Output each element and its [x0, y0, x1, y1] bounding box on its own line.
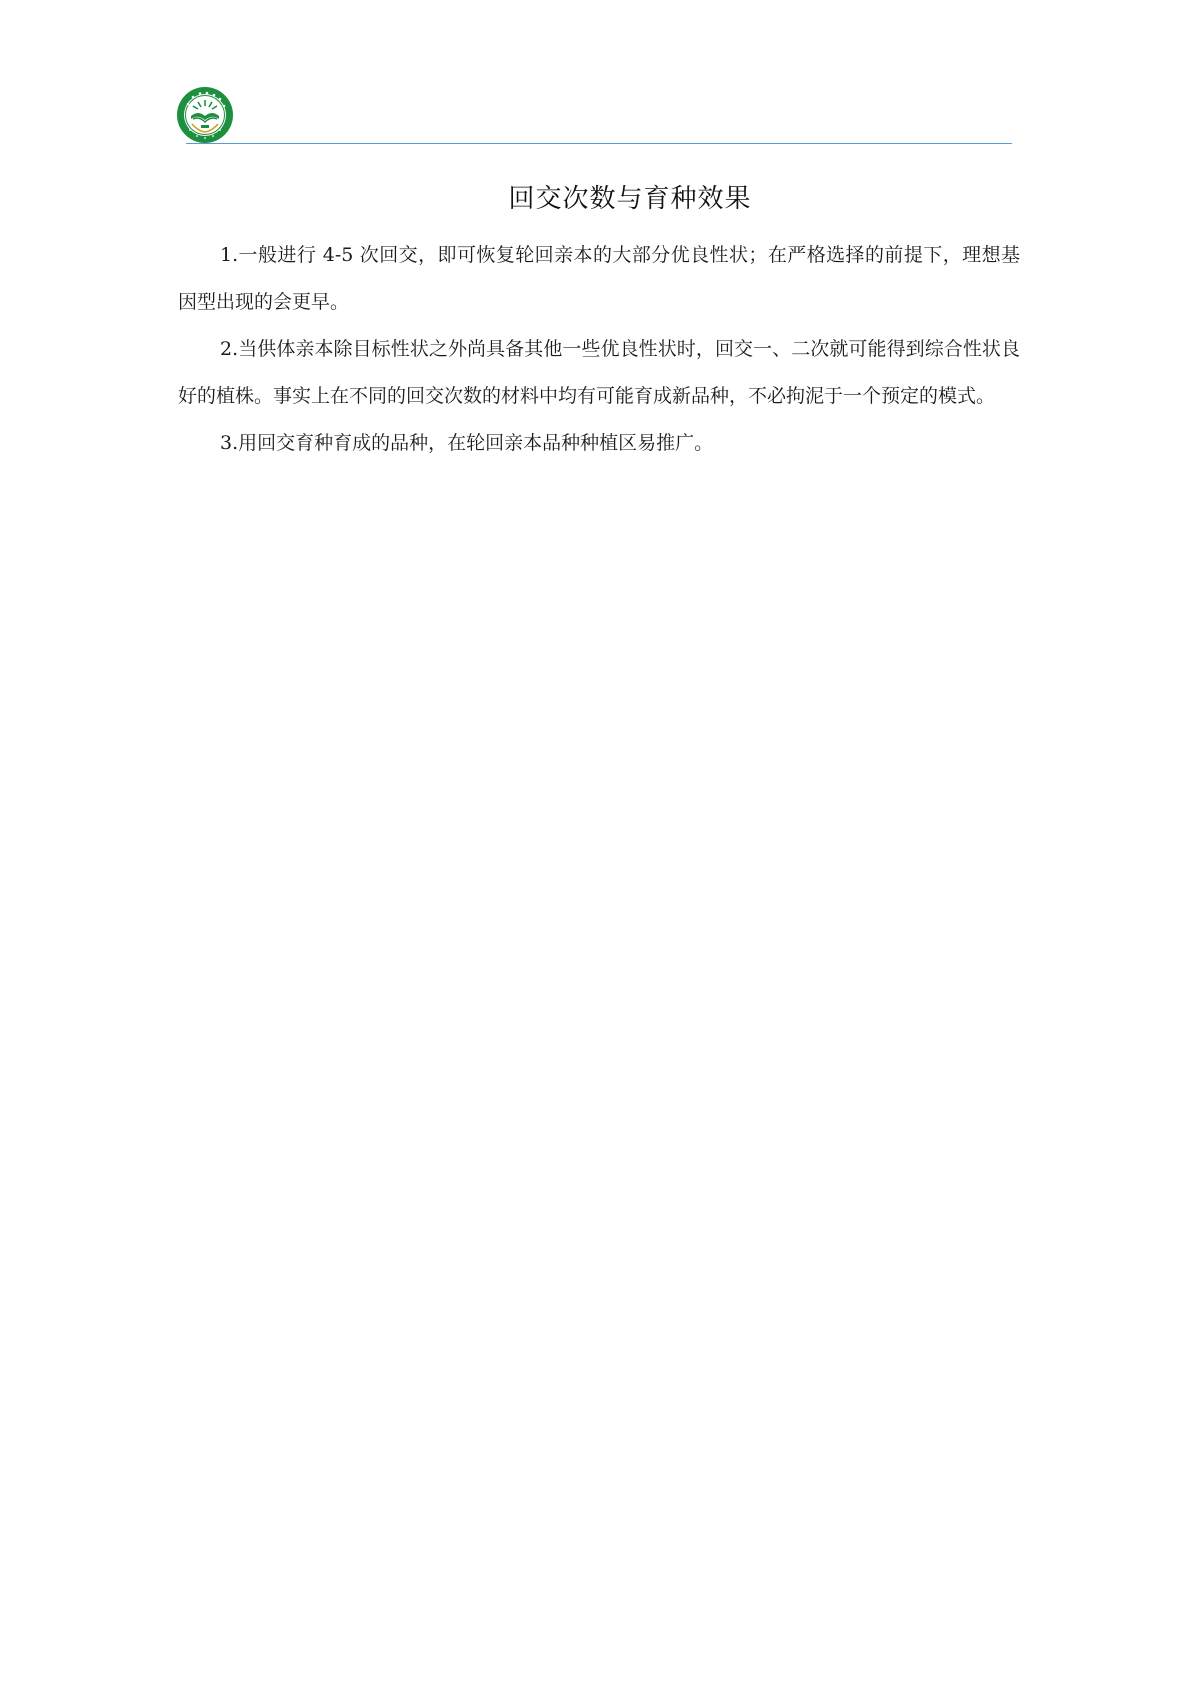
- document-body: 1.一般进行 4-5 次回交，即可恢复轮回亲本的大部分优良性状；在严格选择的前提…: [178, 232, 1020, 467]
- page-header: [0, 0, 1190, 150]
- paragraph-3: 3.用回交育种育成的品种，在轮回亲本品种种植区易推广。: [178, 420, 1020, 467]
- paragraph-2: 2.当供体亲本除目标性状之外尚具备其他一些优良性状时，回交一、二次就可能得到综合…: [178, 326, 1020, 420]
- header-divider: [186, 143, 1012, 144]
- document-title: 回交次数与育种效果: [0, 178, 1190, 215]
- school-emblem-icon: [176, 86, 234, 144]
- paragraph-1: 1.一般进行 4-5 次回交，即可恢复轮回亲本的大部分优良性状；在严格选择的前提…: [178, 232, 1020, 326]
